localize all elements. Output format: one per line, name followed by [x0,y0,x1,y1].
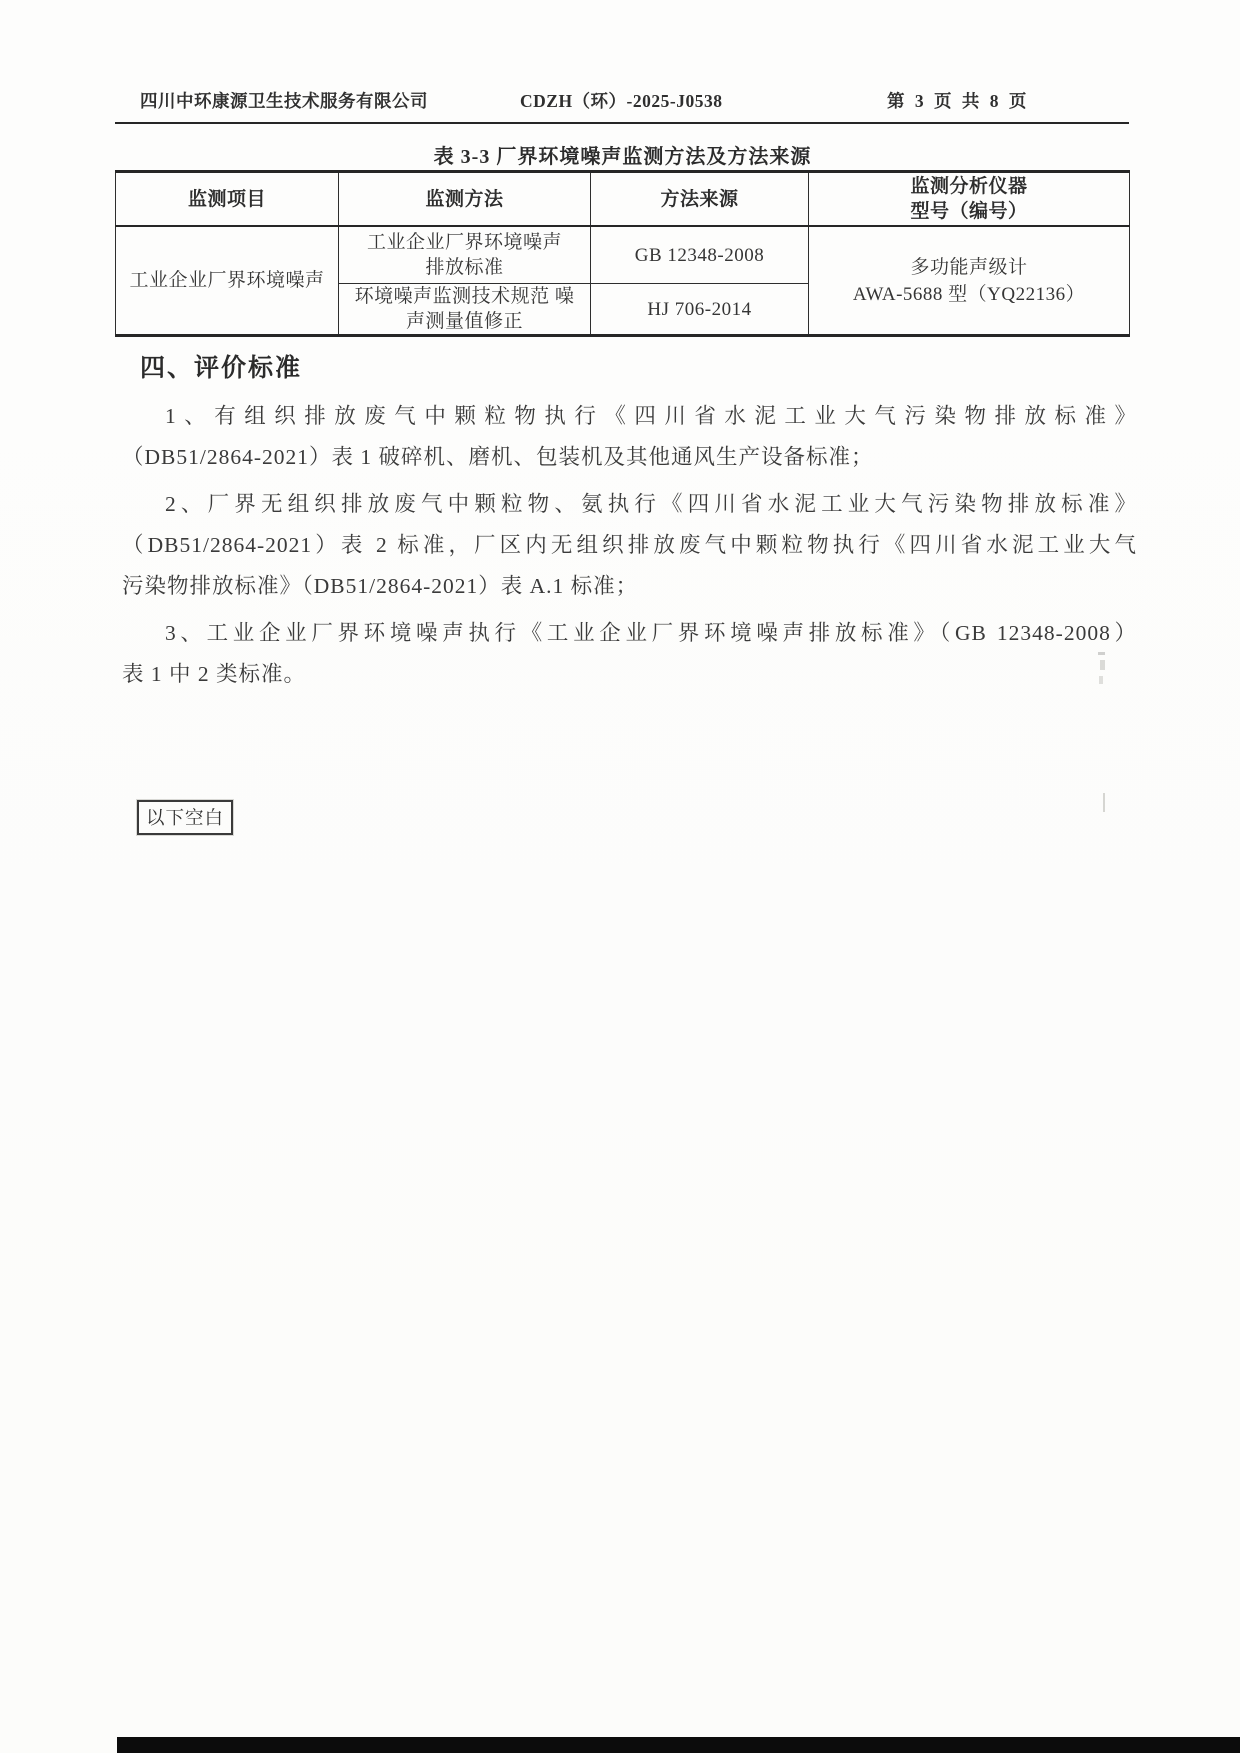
header-divider [115,122,1129,124]
cell-instrument-line2: AWA-5688 型（YQ22136） [813,281,1125,308]
scan-black-bar [117,1737,1240,1753]
table-header-row: 监测项目 监测方法 方法来源 监测分析仪器 型号（编号） [116,172,1130,227]
document-number: CDZH（环）-2025-J0538 [520,88,722,113]
paragraph-line: 表 1 中 2 类标准。 [122,654,1137,695]
cell-method-2: 环境噪声监测技术规范 噪 声测量值修正 [339,284,591,336]
noise-monitoring-method-table: 监测项目 监测方法 方法来源 监测分析仪器 型号（编号） 工业企业厂界环境噪声 … [115,170,1130,337]
scan-artifact [1098,652,1105,655]
paragraph-line: 3、工业企业厂界环境噪声执行《工业企业厂界环境噪声排放标准》（GB 12348-… [122,613,1137,654]
table-title: 表 3-3 厂界环境噪声监测方法及方法来源 [115,140,1130,169]
evaluation-standards-text: 1、有组织排放废气中颗粒物执行《四川省水泥工业大气污染物排放标准》 （DB51/… [122,396,1137,701]
cell-method-2-line1: 环境噪声监测技术规范 噪 [343,284,586,309]
column-header-instrument-line1: 监测分析仪器 [813,174,1125,199]
scanned-document-page: 四川中环康源卫生技术服务有限公司 CDZH（环）-2025-J0538 第 3 … [0,0,1240,1753]
scan-artifact [1099,676,1103,684]
blank-below-note: 以下空白 [137,800,233,835]
standard-paragraph-1: 1、有组织排放废气中颗粒物执行《四川省水泥工业大气污染物排放标准》 （DB51/… [122,396,1137,478]
paragraph-line: （DB51/2864-2021）表 1 破碎机、磨机、包装机及其他通风生产设备标… [122,437,1137,478]
page-header: 四川中环康源卫生技术服务有限公司 CDZH（环）-2025-J0538 第 3 … [115,88,1130,114]
cell-instrument-line1: 多功能声级计 [813,254,1125,281]
cell-method-2-line2: 声测量值修正 [343,309,586,334]
section-heading: 四、评价标准 [140,348,302,384]
cell-method-1-line2: 排放标准 [343,255,586,280]
cell-monitoring-item: 工业企业厂界环境噪声 [116,226,339,336]
cell-source-1: GB 12348-2008 [591,226,809,284]
standard-paragraph-3: 3、工业企业厂界环境噪声执行《工业企业厂界环境噪声排放标准》（GB 12348-… [122,613,1137,695]
scan-artifact [1100,660,1105,670]
scan-artifact [1103,793,1105,812]
cell-method-1: 工业企业厂界环境噪声 排放标准 [339,226,591,284]
paragraph-line: 污染物排放标准》（DB51/2864-2021）表 A.1 标准； [122,566,1137,607]
company-name: 四川中环康源卫生技术服务有限公司 [140,88,428,113]
paragraph-line: （DB51/2864-2021）表 2 标准，厂区内无组织排放废气中颗粒物执行《… [122,525,1137,566]
column-header-method: 监测方法 [339,172,591,227]
cell-source-2: HJ 706-2014 [591,284,809,336]
column-header-instrument-line2: 型号（编号） [813,199,1125,224]
table-row: 工业企业厂界环境噪声 工业企业厂界环境噪声 排放标准 GB 12348-2008… [116,226,1130,284]
cell-method-1-line1: 工业企业厂界环境噪声 [343,230,586,255]
page-number: 第 3 页 共 8 页 [887,88,1029,113]
column-header-item: 监测项目 [116,172,339,227]
paragraph-line: 1、有组织排放废气中颗粒物执行《四川省水泥工业大气污染物排放标准》 [122,396,1137,437]
paragraph-line: 2、厂界无组织排放废气中颗粒物、氨执行《四川省水泥工业大气污染物排放标准》 [122,484,1137,525]
column-header-source: 方法来源 [591,172,809,227]
column-header-instrument: 监测分析仪器 型号（编号） [809,172,1130,227]
standard-paragraph-2: 2、厂界无组织排放废气中颗粒物、氨执行《四川省水泥工业大气污染物排放标准》 （D… [122,484,1137,607]
cell-instrument: 多功能声级计 AWA-5688 型（YQ22136） [809,226,1130,336]
